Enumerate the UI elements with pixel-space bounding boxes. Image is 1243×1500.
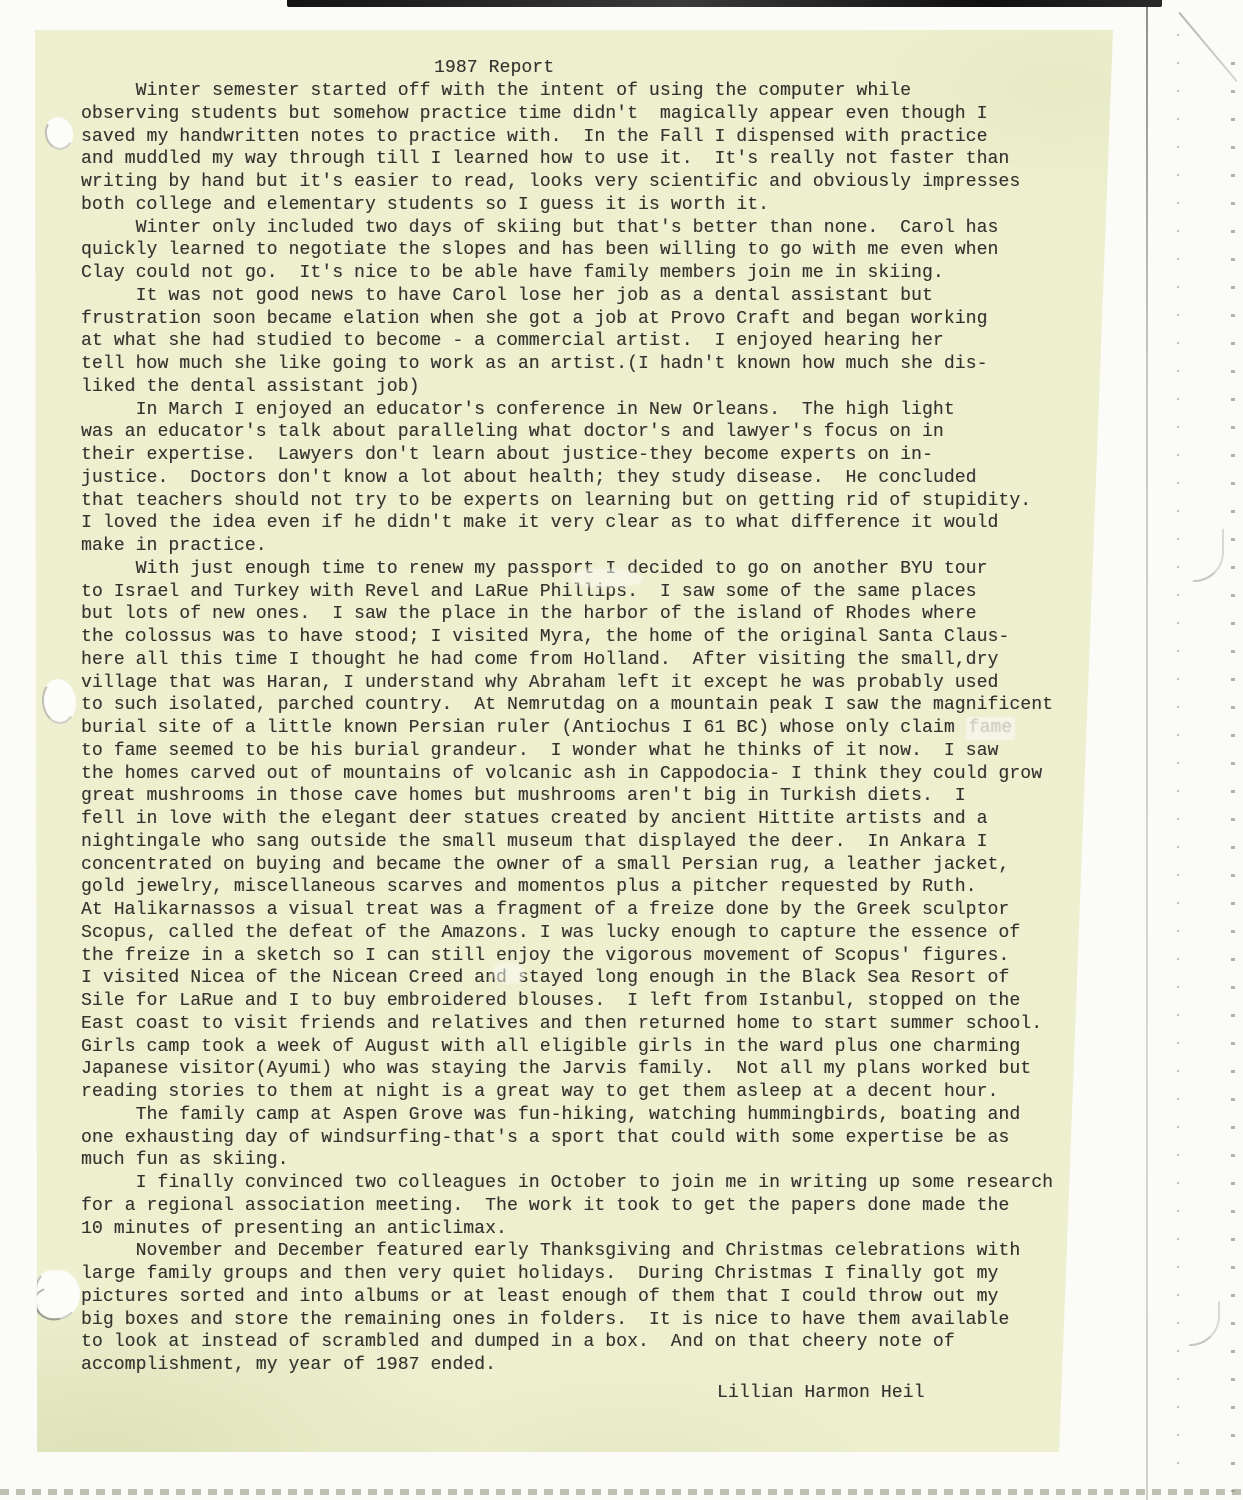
text-line: fell in love with the elegant deer statu… bbox=[81, 808, 1081, 831]
text-line: At Halikarnassos a visual treat was a fr… bbox=[81, 899, 1081, 922]
text-line: here all this time I thought he had come… bbox=[81, 649, 1081, 672]
document-title: 1987 Report bbox=[434, 57, 554, 80]
whiteout-smudge bbox=[570, 568, 644, 588]
text-line: the homes carved out of mountains of vol… bbox=[81, 763, 1081, 786]
signature: Lillian Harmon Heil bbox=[717, 1382, 925, 1405]
text-line: I finally convinced two colleagues in Oc… bbox=[81, 1172, 1081, 1195]
text-line: Winter only included two days of skiing … bbox=[81, 217, 1081, 240]
text-line: great mushrooms in those cave homes but … bbox=[81, 785, 1081, 808]
text-line: accomplishment, my year of 1987 ended. bbox=[81, 1354, 1081, 1377]
text-line: observing students but somehow practice … bbox=[81, 103, 1081, 126]
text-line: was an educator's talk about paralleling… bbox=[81, 421, 1081, 444]
text-line: much fun as skiing. bbox=[81, 1149, 1081, 1172]
text-line: tell how much she like going to work as … bbox=[81, 353, 1081, 376]
text-line: their expertise. Lawyers don't learn abo… bbox=[81, 444, 1081, 467]
text-line: both college and elementary students so … bbox=[81, 194, 1081, 217]
text-line: for a regional association meeting. The … bbox=[81, 1195, 1081, 1218]
page-edge-line bbox=[1146, 7, 1148, 1500]
text-line: I loved the idea even if he didn't make … bbox=[81, 512, 1081, 535]
text-line: and muddled my way through till I learne… bbox=[81, 148, 1081, 171]
perforation-strip bbox=[0, 1489, 1243, 1495]
text-line: village that was Haran, I understand why… bbox=[81, 672, 1081, 695]
text-line: quickly learned to negotiate the slopes … bbox=[81, 239, 1081, 262]
text-line: The family camp at Aspen Grove was fun-h… bbox=[81, 1104, 1081, 1127]
text-line: saved my handwritten notes to practice w… bbox=[81, 126, 1081, 149]
binder-perforation-dots bbox=[1177, 34, 1179, 1490]
text-line: gold jewelry, miscellaneous scarves and … bbox=[81, 876, 1081, 899]
text-line: the colossus was to have stood; I visite… bbox=[81, 626, 1081, 649]
paper-curl-mark bbox=[1188, 1300, 1220, 1346]
text-line: Girls camp took a week of August with al… bbox=[81, 1036, 1081, 1059]
text-line: Scopus, called the defeat of the Amazons… bbox=[81, 922, 1081, 945]
text-line: writing by hand but it's easier to read,… bbox=[81, 171, 1081, 194]
text-line: make in practice. bbox=[81, 535, 1081, 558]
text-line: I visited Nicea of the Nicean Creed and … bbox=[81, 967, 1081, 990]
text-line: one exhausting day of windsurfing-that's… bbox=[81, 1127, 1081, 1150]
text-line: In March I enjoyed an educator's confere… bbox=[81, 399, 1081, 422]
document-body: Winter semester started off with the int… bbox=[81, 80, 1081, 1377]
scanned-page: 1987 Report Winter semester started off … bbox=[0, 0, 1243, 1500]
text-line: but lots of new ones. I saw the place in… bbox=[81, 603, 1081, 626]
text-line: Winter semester started off with the int… bbox=[81, 80, 1081, 103]
text-line: at what she had studied to become - a co… bbox=[81, 330, 1081, 353]
text-line: November and December featured early Tha… bbox=[81, 1240, 1081, 1263]
text-line: concentrated on buying and became the ow… bbox=[81, 854, 1081, 877]
text-line: frustration soon became elation when she… bbox=[81, 308, 1081, 331]
whiteout-erased-word: fame bbox=[966, 717, 1016, 740]
text-line: to such isolated, parched country. At Ne… bbox=[81, 694, 1081, 717]
text-line: pictures sorted and into albums or at le… bbox=[81, 1286, 1081, 1309]
text-line: big boxes and store the remaining ones i… bbox=[81, 1309, 1081, 1332]
whiteout-smudge bbox=[493, 962, 525, 984]
text-line: Clay could not go. It's nice to be able … bbox=[81, 262, 1081, 285]
hole-punch-bottom-torn bbox=[35, 1270, 80, 1320]
text-line: reading stories to them at night is a gr… bbox=[81, 1081, 1081, 1104]
hole-punch-middle bbox=[40, 677, 79, 725]
hole-punch-top bbox=[42, 114, 76, 152]
text-line: East coast to visit friends and relative… bbox=[81, 1013, 1081, 1036]
text-line: Japanese visitor(Ayumi) who was staying … bbox=[81, 1058, 1081, 1081]
text-line: 10 minutes of presenting an anticlimax. bbox=[81, 1218, 1081, 1241]
corner-crease bbox=[1178, 12, 1237, 82]
scanner-edge-bar bbox=[287, 0, 1162, 7]
text-line: justice. Doctors don't know a lot about … bbox=[81, 467, 1081, 490]
text-line: to look at instead of scrambled and dump… bbox=[81, 1331, 1081, 1354]
text-line: nightingale who sang outside the small m… bbox=[81, 831, 1081, 854]
text-line: large family groups and then very quiet … bbox=[81, 1263, 1081, 1286]
text-line: the freize in a sketch so I can still en… bbox=[81, 945, 1081, 968]
text-line: that teachers should not try to be exper… bbox=[81, 490, 1081, 513]
text-line: Sile for LaRue and I to buy embroidered … bbox=[81, 990, 1081, 1013]
text-line: It was not good news to have Carol lose … bbox=[81, 285, 1081, 308]
text-line: liked the dental assistant job) bbox=[81, 376, 1081, 399]
text-line: to fame seemed to be his burial grandeur… bbox=[81, 740, 1081, 763]
paper-curl-mark bbox=[1192, 528, 1224, 582]
text-line: burial site of a little known Persian ru… bbox=[81, 717, 1081, 740]
paper-sheet: 1987 Report Winter semester started off … bbox=[35, 30, 1113, 1452]
binder-perforation-dots bbox=[1231, 62, 1235, 1492]
